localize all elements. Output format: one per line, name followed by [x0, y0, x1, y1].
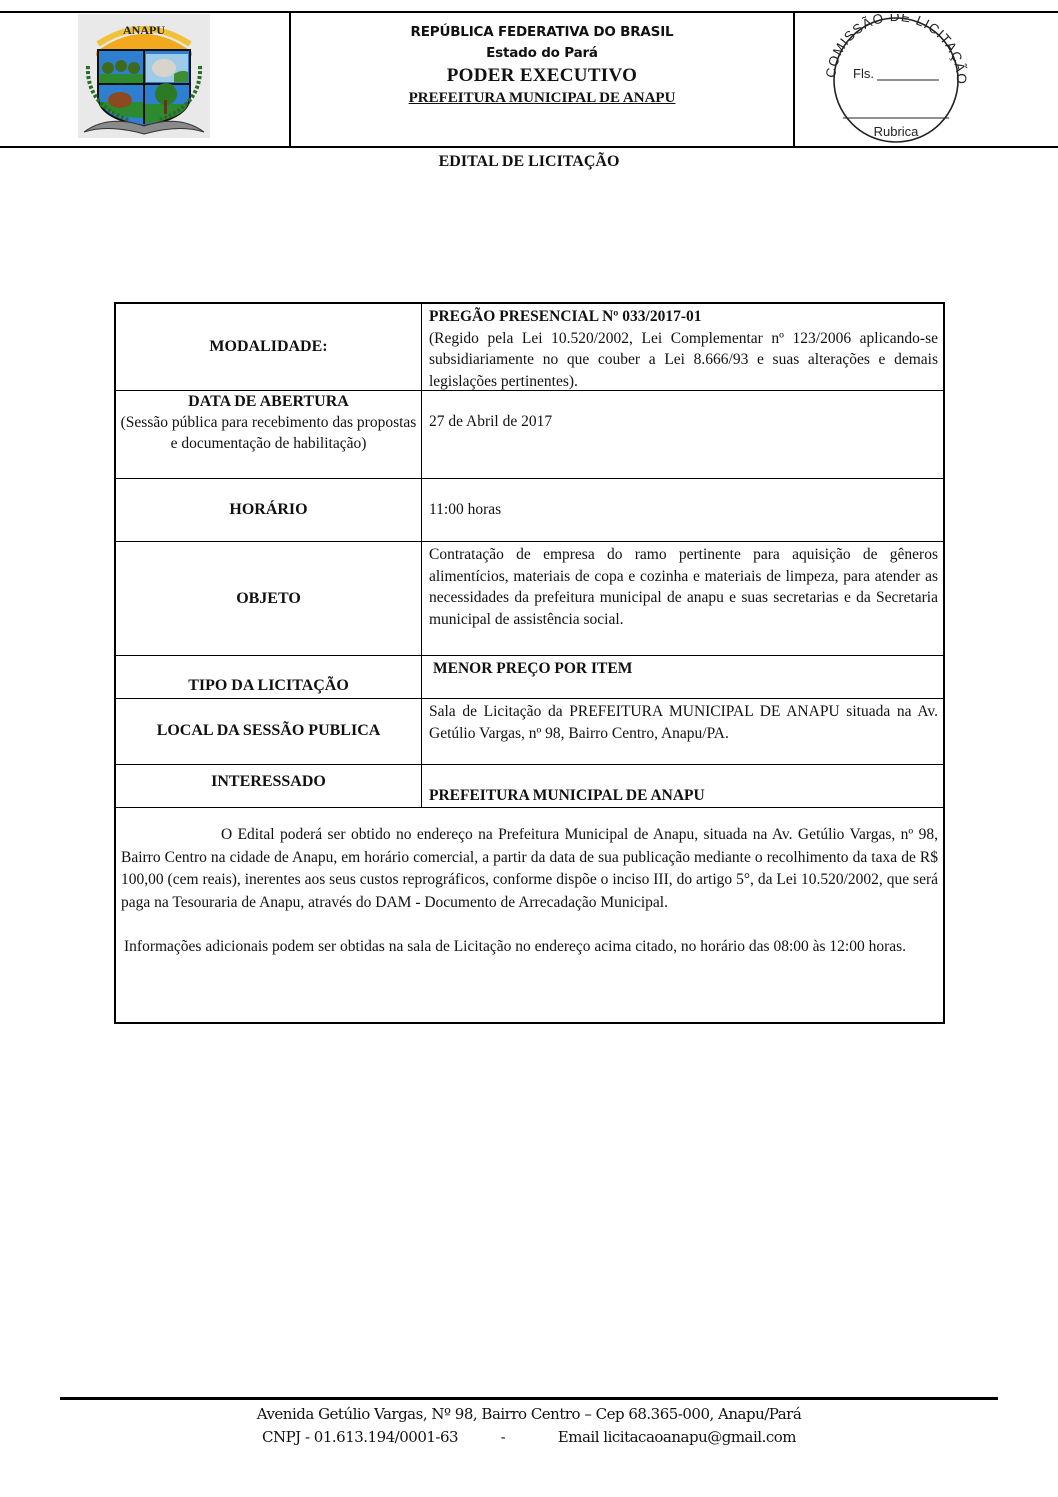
coat-of-arms-icon: ANAPU — [78, 14, 210, 138]
table-row-objeto: OBJETO Contratação de empresa do ramo pe… — [116, 542, 943, 656]
table-row-interessado: INTERESSADO PREFEITURA MUNICIPAL DE ANAP… — [116, 765, 943, 808]
bidding-number: PREGÃO PRESENCIAL Nº 033/2017-01 — [429, 308, 702, 325]
footer-separator: - — [501, 1428, 506, 1446]
svg-text:Fls.: Fls. — [853, 66, 874, 81]
footer-address: Avenida Getúlio Vargas, Nº 98, Bairro Ce… — [0, 1405, 1058, 1423]
bidding-object: Contratação de empresa do ramo pertinent… — [422, 542, 943, 655]
row-label: MODALIDADE: — [116, 304, 422, 390]
bidding-summary-table: MODALIDADE: PREGÃO PRESENCIAL Nº 033/201… — [114, 302, 945, 1024]
opening-date: 27 de Abril de 2017 — [422, 391, 943, 478]
document-title: EDITAL DE LICITAÇÃO — [0, 153, 1058, 171]
row-label: OBJETO — [116, 542, 422, 655]
footer-cnpj: CNPJ - 01.613.194/0001-63 — [262, 1428, 458, 1446]
session-time: 11:00 horas — [422, 479, 943, 541]
legal-basis: (Regido pela Lei 10.520/2002, Lei Comple… — [429, 330, 938, 390]
footer-email[interactable]: licitacaoanapu@gmail.com — [603, 1428, 796, 1446]
table-row-local-sessao: LOCAL DA SESSÃO PUBLICA Sala de Licitaçã… — [116, 699, 943, 765]
header-bottom-border — [0, 146, 1058, 148]
row-label-note: (Sessão pública para recebimento das pro… — [116, 412, 421, 454]
svg-text:COMISSÃO DE LICITAÇÃO: COMISSÃO DE LICITAÇÃO — [823, 14, 969, 85]
notes-paragraph-edital: O Edital poderá ser obtido no endereço n… — [121, 824, 938, 914]
interested-party: PREFEITURA MUNICIPAL DE ANAPU — [422, 765, 943, 807]
row-label: HORÁRIO — [116, 479, 422, 541]
notes-paragraph-info: Informações adicionais podem ser obtidas… — [121, 936, 938, 959]
row-label: TIPO DA LICITAÇÃO — [116, 656, 422, 698]
header-branch: PODER EXECUTIVO — [291, 64, 793, 88]
bidding-type: MENOR PREÇO POR ITEM — [422, 656, 943, 698]
header-country: REPÚBLICA FEDERATIVA DO BRASIL — [291, 22, 793, 43]
svg-text:ANAPU: ANAPU — [123, 23, 165, 37]
header-top-border — [0, 11, 1058, 13]
commission-stamp: COMISSÃO DE LICITAÇÃO Fls. Rubrica — [819, 14, 973, 144]
row-label: LOCAL DA SESSÃO PUBLICA — [116, 699, 422, 764]
footer-contact: CNPJ - 01.613.194/0001-63 - Email licita… — [0, 1428, 1058, 1446]
table-row-modalidade: MODALIDADE: PREGÃO PRESENCIAL Nº 033/201… — [116, 304, 943, 391]
svg-text:Rubrica: Rubrica — [874, 124, 920, 139]
notes-section: O Edital poderá ser obtido no endereço n… — [116, 808, 943, 1022]
session-location: Sala de Licitação da PREFEITURA MUNICIPA… — [422, 699, 943, 764]
header-divider-right — [793, 12, 795, 147]
row-label: INTERESSADO — [116, 765, 422, 807]
header-municipality: PREFEITURA MUNICIPAL DE ANAPU — [291, 88, 793, 108]
row-label: DATA DE ABERTURA (Sessão pública para re… — [116, 391, 422, 478]
table-row-horario: HORÁRIO 11:00 horas — [116, 479, 943, 542]
table-row-tipo-licitacao: TIPO DA LICITAÇÃO MENOR PREÇO POR ITEM — [116, 656, 943, 699]
stamp-seal-icon: COMISSÃO DE LICITAÇÃO Fls. Rubrica — [819, 14, 973, 144]
footer-email-label: Email — [558, 1428, 599, 1446]
header-state: Estado do Pará — [291, 43, 793, 64]
table-row-data-abertura: DATA DE ABERTURA (Sessão pública para re… — [116, 391, 943, 479]
header-institution-block: REPÚBLICA FEDERATIVA DO BRASIL Estado do… — [291, 22, 793, 108]
municipal-coat-of-arms-logo: ANAPU — [78, 14, 210, 138]
row-value: PREGÃO PRESENCIAL Nº 033/2017-01 (Regido… — [422, 304, 943, 390]
footer-rule — [60, 1397, 998, 1400]
